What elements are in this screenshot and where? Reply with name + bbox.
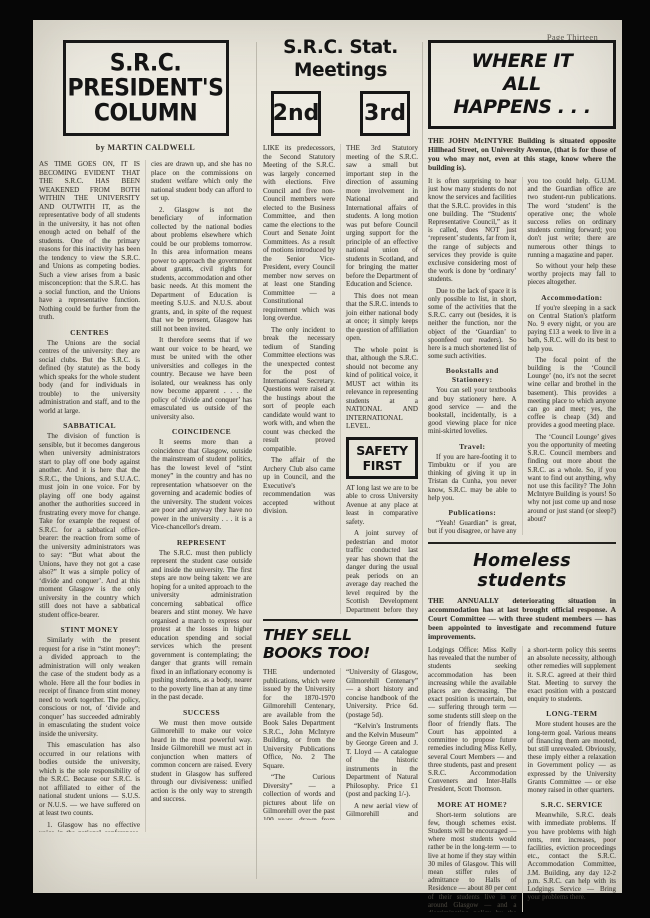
paragraph: “Kelvin's Instruments and the Kelvin Mus… [346,722,418,799]
section-heading: CENTRES [39,328,140,337]
headline-line: PRESIDENT'S [68,75,224,103]
headline-line: COLUMN [68,100,224,128]
books-body: THE undernoted publications, which were … [263,668,418,820]
headline-line: Meetings [263,59,418,82]
paragraph: A new aerial view of Gilmorehill and Hil… [346,802,418,821]
paragraph: This does not mean that the S.R.C. inten… [346,292,418,343]
where-col2: you too could help. G.U.M. and the Guard… [522,177,617,535]
homeless-col1: Lodgings Office: Miss Kelly has revealed… [428,646,517,912]
paragraph: The only incident to break the necessary… [263,326,335,454]
section-heading: Travel: [428,442,517,451]
paragraph: The S.R.C. must then publicly represent … [151,549,252,702]
headline-line: BOOKS TOO! [263,645,418,663]
paragraph: The affair of the Archery Club also came… [263,456,335,516]
paragraph: THE 3rd Statutory meeting of the S.R.C. … [346,144,418,289]
paragraph: The focal point of the building is the ‘… [528,356,617,430]
byline: by MARTIN CALDWELL [39,143,252,152]
paragraph: The division of function is sensible, bu… [39,432,140,619]
paragraph: Due to the lack of space it is only poss… [428,287,517,361]
headline-line: S.R.C. [68,50,224,78]
stat-meetings-body: LIKE its predecessors, the Second Statut… [263,144,418,614]
paragraph: Meanwhile, S.R.C. deals with immediate p… [528,811,617,901]
meeting-badges: 2nd 3rd [263,91,418,136]
presidents-column-col1: AS TIME GOES ON, IT IS BECOMING EVIDENT … [39,160,140,832]
homeless-body: Lodgings Office: Miss Kelly has revealed… [428,646,616,912]
paragraph: It is often surprising to hear just how … [428,177,517,284]
section-divider [263,619,418,621]
stat-meetings-headline: S.R.C. Stat. Meetings [263,36,418,82]
paragraph: you too could help. G.U.M. and the Guard… [528,177,617,259]
paragraph: This emasculation has also occurred in o… [39,741,140,818]
paragraph: More student houses are the long-term go… [528,720,617,794]
paragraph: You can sell your textbooks and buy stat… [428,386,517,435]
where-headline-box: WHERE IT ALL HAPPENS . . . [428,40,616,129]
paragraph: A joint survey of pedestrian and motor t… [346,529,418,614]
paragraph: The ‘Council Lounge’ gives you the oppor… [528,433,617,523]
badge-3rd: 3rd [360,91,410,136]
scan-background: Page Thirteen S.R.C. PRESIDENT'S COLUMN … [0,0,650,918]
section-heading: S.R.C. SERVICE [528,800,617,809]
column-rule [256,42,257,879]
article-intro: THE ANNUALLY deteriorating situation in … [428,596,616,641]
headline-line: ALL [434,73,610,96]
section-heading: SUCCESS [151,708,252,717]
homeless-col2: a short-term policy this seems an absolu… [522,646,617,912]
paragraph: So without your help these worthy projec… [528,262,617,287]
where-col1: It is often surprising to hear just how … [428,177,517,535]
paragraph: “The Curious Diversity” — a collection o… [263,773,335,820]
paragraph: Lodgings Office: Miss Kelly has revealed… [428,646,517,794]
paragraph: LIKE its predecessors, the Second Statut… [263,144,335,323]
paragraph: If you are hare-footing it to Timbuktu o… [428,453,517,502]
homeless-headline: Homeless students [428,551,616,591]
paragraph: We must then move outside Gilmorehill to… [151,719,252,804]
homeless-article: Homeless students THE ANNUALLY deteriora… [428,542,616,912]
section-heading: REPRESENT [151,538,252,547]
article-intro: THE JOHN McINTYRE Building is situated o… [428,136,616,172]
stat-meetings-article: S.R.C. Stat. Meetings 2nd 3rd LIKE its p… [263,36,418,820]
paragraph: It therefore seems that if we want our v… [151,336,252,421]
section-heading: COINCIDENCE [151,427,252,436]
paragraph: 1. Glasgow has no effective voice in the… [39,821,140,833]
books-headline: THEY SELL BOOKS TOO! [263,627,418,662]
section-heading: LONG-TERM [528,709,617,718]
headline-line: THEY SELL [263,627,418,645]
books-col1: THE undernoted publications, which were … [263,668,335,820]
where-it-happens-article: WHERE IT ALL HAPPENS . . . THE JOHN McIN… [428,40,616,912]
section-heading: STINT MONEY [39,625,140,634]
paragraph: a short-term policy this seems an absolu… [528,646,617,703]
headline-line: S.R.C. Stat. [263,36,418,59]
paragraph: AS TIME GOES ON, IT IS BECOMING EVIDENT … [39,160,140,322]
books-col2: “University of Glasgow, Gilmorehill Cent… [340,668,418,820]
safety-first-headline: SAFETY FIRST [346,437,418,479]
paragraph: Short-term solutions are few, though sch… [428,811,517,912]
section-heading: Publications: [428,508,517,517]
where-body: It is often surprising to hear just how … [428,177,616,535]
third-meeting-col: THE 3rd Statutory meeting of the S.R.C. … [340,144,418,614]
paragraph: “Yeah! Guardian” is great, but if you di… [428,519,517,535]
section-heading: Accommodation: [528,293,617,302]
paragraph: “University of Glasgow, Gilmorehill Cent… [346,668,418,719]
paragraph: It seems more than a coincidence that Gl… [151,438,252,532]
paragraph: Similarly with the present request for a… [39,636,140,738]
paragraph: AT long last we are to be able to cross … [346,484,418,527]
paragraph: If you're sleeping in a sack on Central … [528,304,617,353]
second-meeting-col: LIKE its predecessors, the Second Statut… [263,144,335,614]
badge-2nd: 2nd [271,91,321,136]
paragraph: The whole point is that, although the S.… [346,346,418,431]
paragraph: cies are drawn up, and she has no place … [151,160,252,203]
presidents-column-body: AS TIME GOES ON, IT IS BECOMING EVIDENT … [39,160,252,832]
section-heading: MORE AT HOME? [428,800,517,809]
column-rule [422,42,423,879]
headline-line: HAPPENS . . . [434,96,610,119]
presidents-column-col2: cies are drawn up, and she has no place … [145,160,252,832]
paragraph: The Unions are the social centres of the… [39,339,140,416]
section-heading: SABBATICAL [39,421,140,430]
headline-line: WHERE IT [434,50,610,73]
paragraph: THE undernoted publications, which were … [263,668,335,770]
paragraph: 2. Glasgow is not the beneficiary of inf… [151,206,252,334]
newspaper-page: Page Thirteen S.R.C. PRESIDENT'S COLUMN … [33,20,622,893]
presidents-column-article: S.R.C. PRESIDENT'S COLUMN by MARTIN CALD… [39,40,252,832]
section-heading: Bookstalls and Stationery: [428,366,517,384]
presidents-column-headline-box: S.R.C. PRESIDENT'S COLUMN [63,40,229,136]
